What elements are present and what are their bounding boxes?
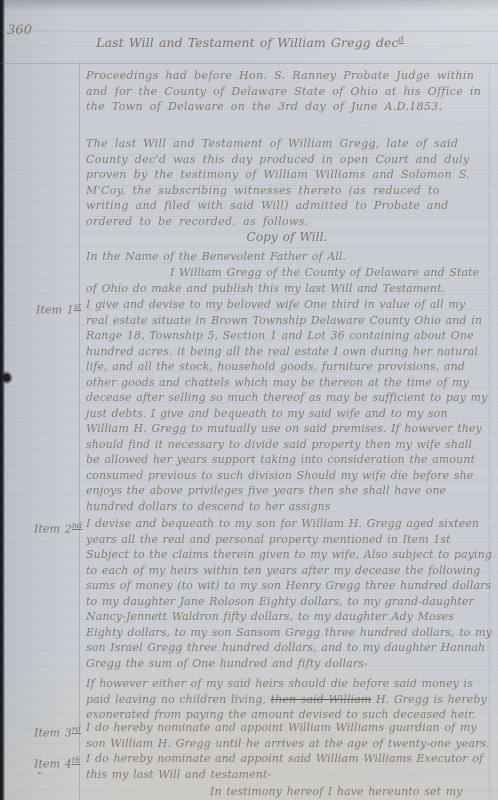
page-title-superscript: d: [399, 35, 404, 44]
item-3-paragraph: I do hereby nominate and appoint William…: [86, 720, 490, 751]
testimony-closing-line: In testimony hereof I have hereunto set …: [86, 784, 490, 800]
ink-blot: [0, 364, 18, 390]
item-3-label-superscript: rd: [72, 725, 81, 734]
margin-label-item-1: Item 1st: [36, 299, 81, 318]
left-margin-rule: [79, 63, 80, 800]
item-4-label-text: Item 4: [34, 758, 72, 771]
ledger-crease-line: [0, 31, 498, 32]
item-1-paragraph: I give and devise to my beloved wife One…: [86, 297, 490, 514]
exoneration-struck-text: then said William: [271, 693, 372, 706]
probate-note-paragraph: The last Will and Testament of William G…: [86, 136, 488, 229]
item-1-label-superscript: st: [74, 302, 82, 311]
item-3-label-text: Item 3: [34, 727, 72, 740]
page-title: Last Will and Testament of William Gregg…: [70, 32, 430, 51]
item-2-paragraph: I devise and bequeath to my son for Will…: [86, 516, 492, 671]
opening-declaration: I William Gregg of the County of Delawar…: [86, 265, 488, 296]
exoneration-paragraph: If however either of my said heirs shoul…: [86, 676, 490, 723]
margin-label-item-3: Item 3rd: [34, 722, 81, 741]
book-spine-edge: [0, 0, 5, 800]
page-title-text: Last Will and Testament of William Gregg…: [96, 35, 398, 50]
item-4-paragraph: I do hereby nominate and appoint said Wi…: [86, 751, 490, 782]
will-record-page: 360 Last Will and Testament of William G…: [0, 0, 498, 800]
copy-of-will-heading: Copy of Will.: [86, 230, 488, 246]
header-rule: [0, 63, 498, 64]
item-4-label-superscript: th: [72, 756, 81, 765]
item-2-label-text: Item 2: [34, 523, 72, 536]
item-2-label-superscript: nd: [72, 521, 82, 530]
ink-speck: [38, 772, 41, 774]
item-1-label-text: Item 1: [36, 304, 74, 317]
proceedings-paragraph: Proceedings had before Hon. S. Ranney Pr…: [86, 68, 488, 115]
margin-label-item-2: Item 2nd: [34, 518, 82, 537]
invocation-line: In the Name of the Benevolent Father of …: [86, 249, 488, 265]
margin-label-item-4: Item 4th: [34, 753, 80, 772]
